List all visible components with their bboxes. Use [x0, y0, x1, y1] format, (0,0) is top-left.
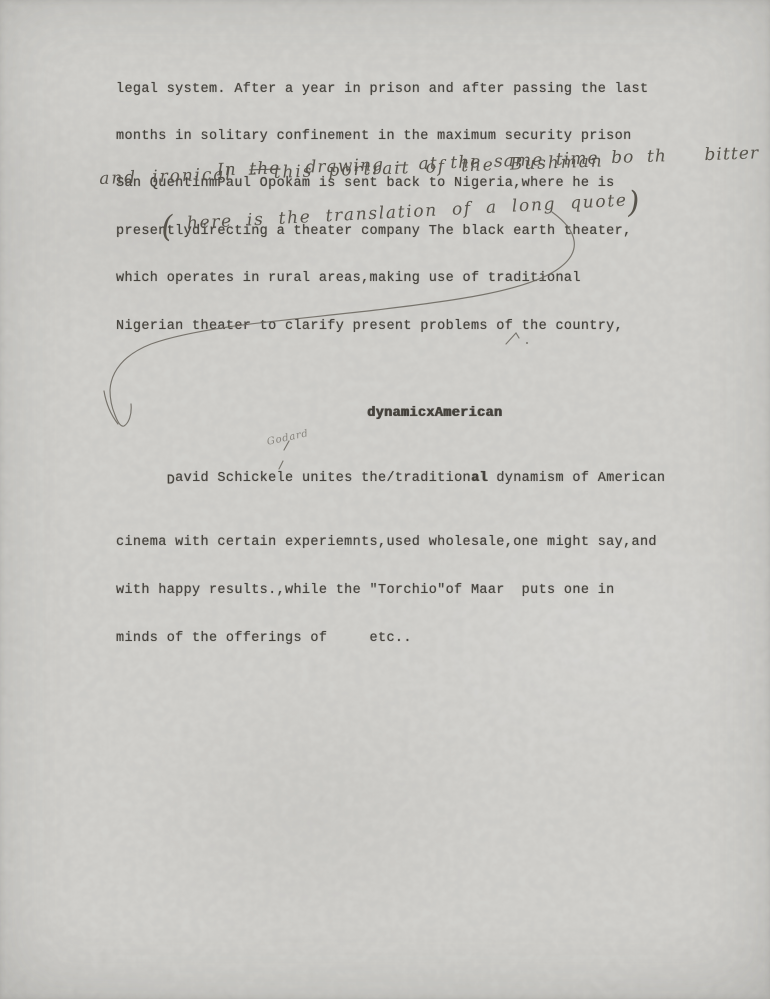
typed-text: dynamism of American [488, 471, 665, 486]
handwritten-text: here is the translation of a long quote [172, 191, 628, 235]
typed-line: minds of the offerings of etc.. [116, 631, 665, 647]
close-parenthesis: ) [627, 185, 641, 221]
dropped-capital: D [167, 474, 175, 490]
overstruck-letters: al [471, 471, 488, 486]
typed-line: which operates in rural areas,making use… [116, 271, 648, 287]
typed-paragraph-2: David Schickele unites the/traditional d… [116, 423, 665, 679]
typed-line: Nigerian theater to clarify present prob… [116, 319, 648, 335]
scanned-typewritten-page: legal system. After a year in prison and… [0, 0, 770, 999]
typed-text: avid Schickele unites the/tradition [175, 471, 471, 486]
typed-line: David Schickele unites the/traditional d… [116, 455, 665, 504]
typed-line: with happy results.,while the "Torchio"o… [116, 583, 665, 599]
typed-correction-line: dynamicxAmerican [367, 406, 502, 422]
typed-line: legal system. After a year in prison and… [116, 82, 648, 98]
arrowhead-stroke [104, 391, 118, 424]
typed-line: cinema with certain experiemnts,used who… [116, 535, 665, 551]
